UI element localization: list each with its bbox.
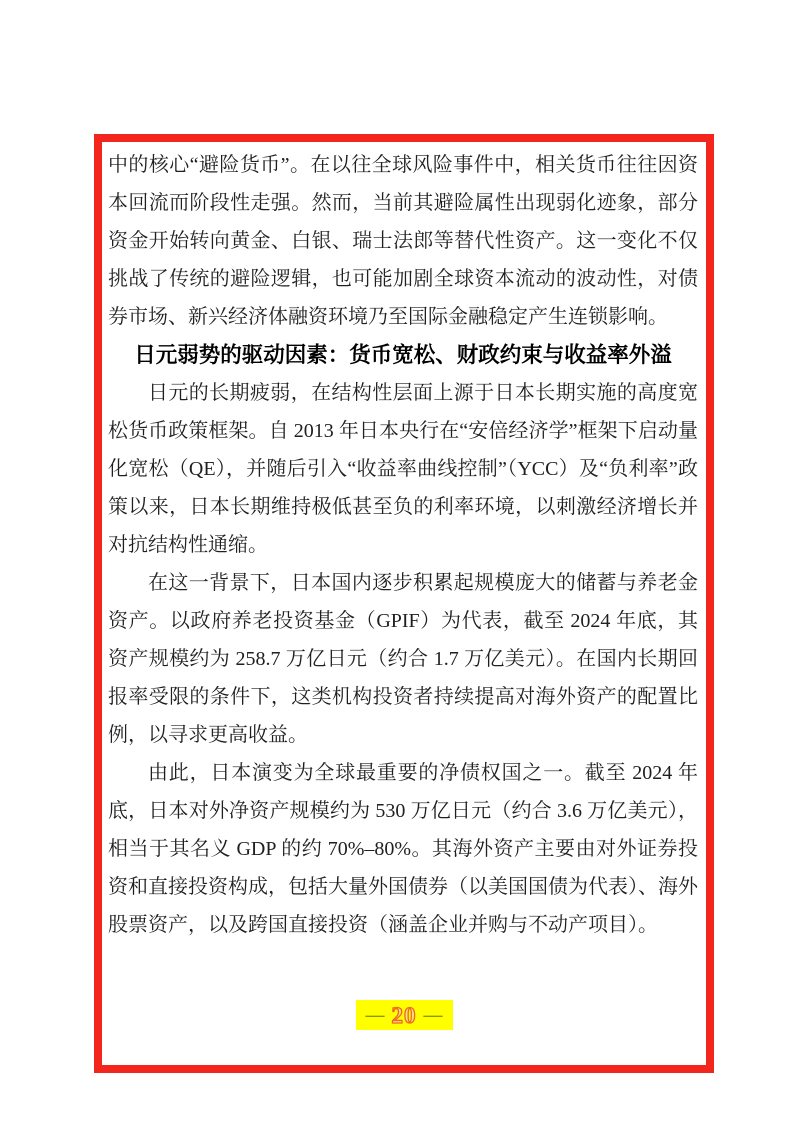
footer-dash-right: — (424, 1006, 443, 1025)
body-paragraph: 日元的长期疲弱，在结构性层面上源于日本长期实施的高度宽松货币政策框架。自 201… (108, 374, 698, 564)
body-paragraph: 中的核心“避险货币”。在以往全球风险事件中，相关货币往往因资本回流而阶段性走强。… (108, 146, 698, 336)
page-number: 20 (392, 1004, 417, 1027)
section-heading: 日元弱势的驱动因素：货币宽松、财政约束与收益率外溢 (108, 336, 698, 374)
page-number-footer: — 20 — (102, 1000, 706, 1030)
page-border-frame: 中的核心“避险货币”。在以往全球风险事件中，相关货币往往因资本回流而阶段性走强。… (94, 134, 714, 1073)
body-paragraph: 在这一背景下，日本国内逐步积累起规模庞大的储蓄与养老金资产。以政府养老投资基金（… (108, 564, 698, 754)
page-body-text: 中的核心“避险货币”。在以往全球风险事件中，相关货币往往因资本回流而阶段性走强。… (108, 146, 698, 944)
footer-dash-left: — (366, 1006, 385, 1025)
page-number-highlight: — 20 — (356, 1000, 453, 1030)
document-page: 中的核心“避险货币”。在以往全球风险事件中，相关货币往往因资本回流而阶段性走强。… (0, 0, 800, 1131)
body-paragraph: 由此，日本演变为全球最重要的净债权国之一。截至 2024 年底，日本对外净资产规… (108, 754, 698, 944)
